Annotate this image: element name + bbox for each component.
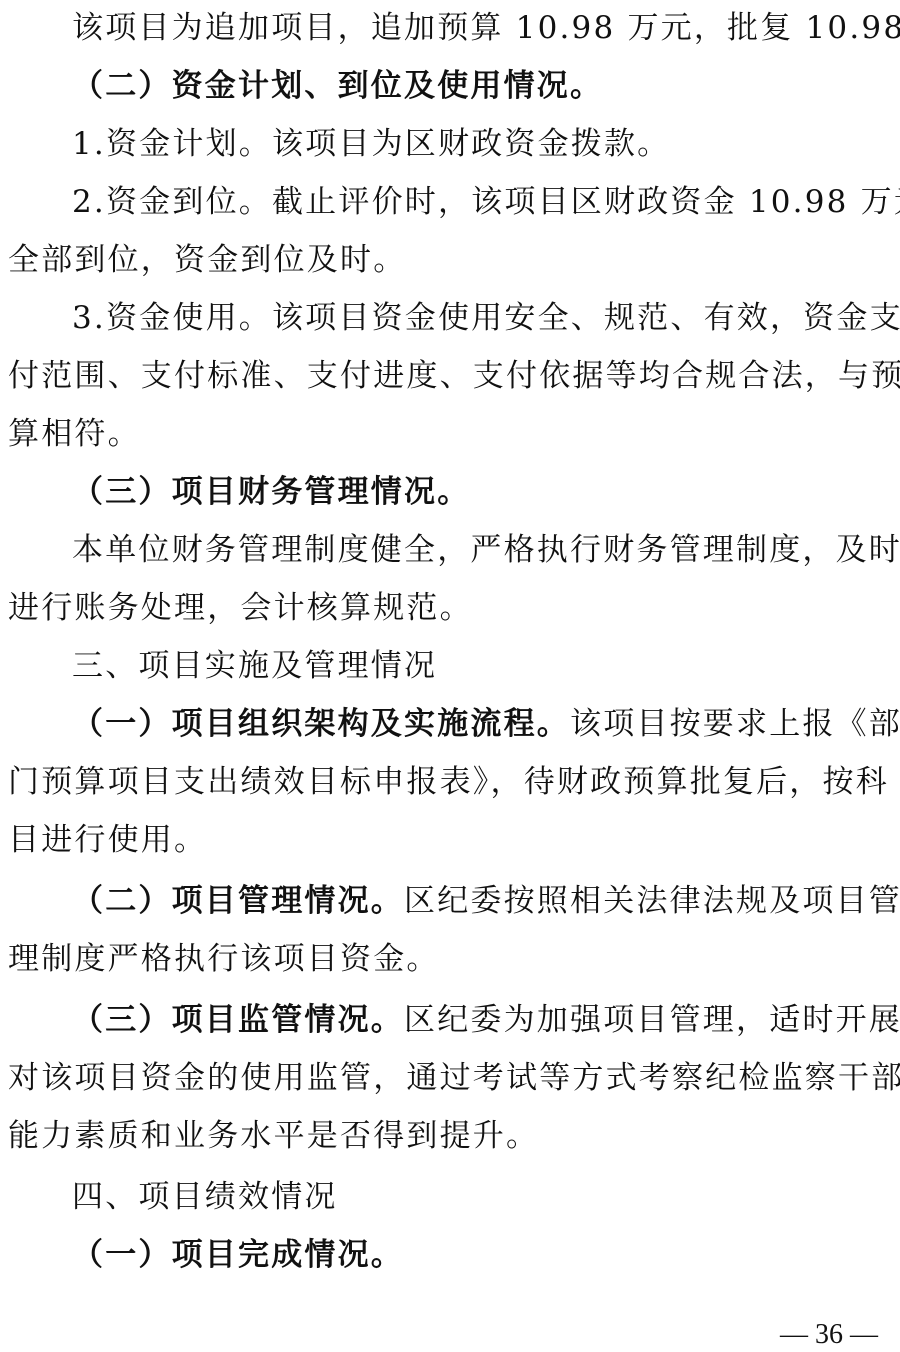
paragraph-fund-use-cont: 付范围、支付标准、支付进度、支付依据等均合规合法，与预 [8,356,900,396]
paragraph-org-structure-end: 目进行使用。 [8,820,207,860]
section-heading-completion: （一）项目完成情况。 [72,1235,404,1275]
heading-text: 四、项目绩效情况 [72,1179,338,1215]
text: 3.资金使用。该项目资金使用安全、规范、有效，资金支 [72,300,900,336]
paragraph-fund-use-end: 算相符。 [8,414,141,454]
page-number: — 36 — [780,1318,878,1352]
text: 区纪委按照相关法律法规及项目管 [404,883,900,919]
paragraph-fund-use: 3.资金使用。该项目资金使用安全、规范、有效，资金支 [72,298,900,338]
paragraph-org-structure-cont: 门预算项目支出绩效目标申报表》，待财政预算批复后，按科 [8,762,889,802]
inline-heading: （二）项目管理情况。 [72,883,404,919]
text: 1.资金计划。该项目为区财政资金拨款。 [72,126,670,162]
paragraph-fund-arrival: 2.资金到位。截止评价时，该项目区财政资金 10.98 万元 [72,182,900,222]
chapter-heading-implementation: 三、项目实施及管理情况 [72,646,437,686]
heading-text: （三）项目财务管理情况。 [72,474,470,510]
paragraph-finance-cont: 进行账务处理，会计核算规范。 [8,588,473,628]
paragraph-supervision-cont: 对该项目资金的使用监管，通过考试等方式考察纪检监察干部 [8,1058,900,1098]
heading-text: （一）项目完成情况。 [72,1237,404,1273]
paragraph-fund-plan: 1.资金计划。该项目为区财政资金拨款。 [72,124,670,164]
paragraph-management-cont: 理制度严格执行该项目资金。 [8,939,440,979]
inline-heading: （三）项目监管情况。 [72,1002,404,1038]
text: 对该项目资金的使用监管，通过考试等方式考察纪检监察干部 [8,1060,900,1096]
paragraph-fund-arrival-cont: 全部到位，资金到位及时。 [8,240,406,280]
text: 进行账务处理，会计核算规范。 [8,590,473,626]
text: 理制度严格执行该项目资金。 [8,941,440,977]
paragraph-management: （二）项目管理情况。区纪委按照相关法律法规及项目管 [72,881,900,921]
inline-heading: （一）项目组织架构及实施流程。 [72,706,570,742]
paragraph-org-structure: （一）项目组织架构及实施流程。该项目按要求上报《部 [72,704,900,744]
paragraph-supervision: （三）项目监管情况。区纪委为加强项目管理，适时开展 [72,1000,900,1040]
heading-text: （二）资金计划、到位及使用情况。 [72,68,603,104]
text: 2.资金到位。截止评价时，该项目区财政资金 10.98 万元 [72,184,900,220]
text: 能力素质和业务水平是否得到提升。 [8,1118,539,1154]
text: 目进行使用。 [8,822,207,858]
heading-text: 三、项目实施及管理情况 [72,648,437,684]
text: 算相符。 [8,416,141,452]
text: 该项目为追加项目，追加预算 10.98 万元，批复 10.98 万元。 [72,10,900,46]
paragraph-supervision-end: 能力素质和业务水平是否得到提升。 [8,1116,539,1156]
paragraph-finance: 本单位财务管理制度健全，严格执行财务管理制度，及时 [72,530,900,570]
chapter-heading-performance: 四、项目绩效情况 [72,1177,338,1217]
paragraph-budget: 该项目为追加项目，追加预算 10.98 万元，批复 10.98 万元。 [72,8,900,48]
section-heading-finance: （三）项目财务管理情况。 [72,472,470,512]
text: 本单位财务管理制度健全，严格执行财务管理制度，及时 [72,532,900,568]
section-heading-funding: （二）资金计划、到位及使用情况。 [72,66,603,106]
text: 付范围、支付标准、支付进度、支付依据等均合规合法，与预 [8,358,900,394]
text: 该项目按要求上报《部 [570,706,900,742]
text: 门预算项目支出绩效目标申报表》，待财政预算批复后，按科 [8,764,889,800]
text: 全部到位，资金到位及时。 [8,242,406,278]
text: 区纪委为加强项目管理，适时开展 [404,1002,900,1038]
